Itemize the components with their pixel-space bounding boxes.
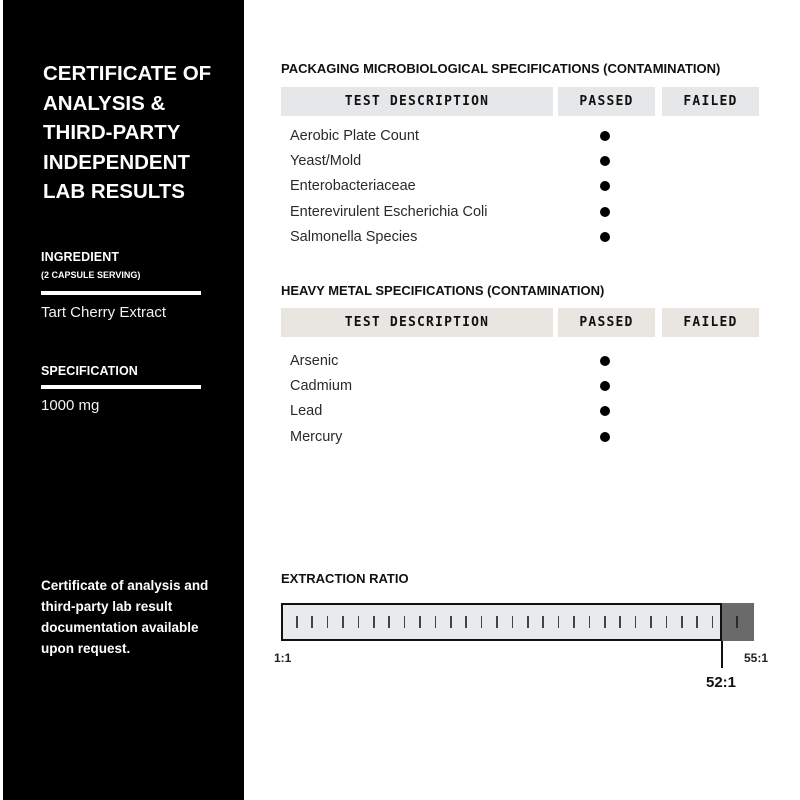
table-row: Enterobacteriaceae [290,174,760,199]
header-test-description: TEST DESCRIPTION [281,87,553,116]
tick-mark [373,616,375,628]
tick-mark [450,616,452,628]
tick-mark [681,616,683,628]
passed-indicator-icon [600,406,610,416]
tick-mark [696,616,698,628]
header-passed: PASSED [558,308,655,337]
tick-mark [604,616,606,628]
test-description: Lead [290,403,590,419]
ratio-min-label: 1:1 [274,651,291,665]
passed-indicator-icon [600,156,610,166]
tick-mark [419,616,421,628]
tick-mark [527,616,529,628]
tick-mark [435,616,437,628]
heavy-metal-rows: ArsenicCadmiumLeadMercury [290,348,760,449]
test-description: Cadmium [290,378,590,394]
tick-mark [558,616,560,628]
extraction-ratio-title: EXTRACTION RATIO [281,571,409,586]
test-description: Enterobacteriaceae [290,178,590,194]
specification-divider [41,385,201,389]
extraction-ratio-bar [281,603,722,641]
heavy-metal-table-header: TEST DESCRIPTION PASSED FAILED [281,308,759,337]
table-row: Aerobic Plate Count [290,123,760,148]
header-test-description: TEST DESCRIPTION [281,308,553,337]
header-failed: FAILED [662,87,759,116]
test-description: Yeast/Mold [290,153,590,169]
ingredient-sublabel: (2 CAPSULE SERVING) [41,270,140,280]
extraction-ratio-marker [721,641,723,668]
tick-mark [465,616,467,628]
tick-mark [296,616,298,628]
test-description: Aerobic Plate Count [290,128,590,144]
passed-indicator-icon [600,131,610,141]
microbiological-rows: Aerobic Plate CountYeast/MoldEnterobacte… [290,123,760,249]
table-row: Mercury [290,424,760,449]
passed-indicator-icon [600,232,610,242]
tick-mark [327,616,329,628]
tick-mark [635,616,637,628]
table-row: Lead [290,399,760,424]
specification-label: SPECIFICATION [41,364,138,378]
heavy-metal-title: HEAVY METAL SPECIFICATIONS (CONTAMINATIO… [281,283,604,298]
tick-mark [311,616,313,628]
table-row: Cadmium [290,373,760,398]
header-failed: FAILED [662,308,759,337]
table-row: Yeast/Mold [290,148,760,173]
tick-mark [388,616,390,628]
availability-note: Certificate of analysis and third-party … [41,575,226,659]
tick-mark [512,616,514,628]
ingredient-label: INGREDIENT [41,250,119,264]
tick-mark [589,616,591,628]
table-row: Salmonella Species [290,224,760,249]
test-description: Salmonella Species [290,229,590,245]
ingredient-divider [41,291,201,295]
passed-indicator-icon [600,432,610,442]
passed-indicator-icon [600,356,610,366]
tick-mark [342,616,344,628]
page-title: CERTIFICATE OF ANALYSIS & THIRD-PARTY IN… [43,59,233,207]
table-row: Arsenic [290,348,760,373]
passed-indicator-icon [600,381,610,391]
test-description: Mercury [290,429,590,445]
sidebar: CERTIFICATE OF ANALYSIS & THIRD-PARTY IN… [3,0,244,800]
microbiological-table-header: TEST DESCRIPTION PASSED FAILED [281,87,759,116]
tick-mark [496,616,498,628]
table-row: Enterevirulent Escherichia Coli [290,199,760,224]
tick-mark [481,616,483,628]
ingredient-value: Tart Cherry Extract [41,304,166,321]
tick-mark [666,616,668,628]
test-description: Enterevirulent Escherichia Coli [290,204,590,220]
tick-mark [404,616,406,628]
tick-mark [650,616,652,628]
microbiological-title: PACKAGING MICROBIOLOGICAL SPECIFICATIONS… [281,61,720,76]
tick-mark [619,616,621,628]
tick-mark [542,616,544,628]
ratio-max-label: 55:1 [744,651,768,665]
specification-value: 1000 mg [41,397,99,414]
extraction-ratio-remainder [722,603,754,641]
ratio-value-label: 52:1 [706,674,736,691]
tick-mark [358,616,360,628]
passed-indicator-icon [600,207,610,217]
passed-indicator-icon [600,181,610,191]
tick-mark [736,616,738,628]
tick-mark [573,616,575,628]
test-description: Arsenic [290,353,590,369]
tick-mark [712,616,714,628]
header-passed: PASSED [558,87,655,116]
